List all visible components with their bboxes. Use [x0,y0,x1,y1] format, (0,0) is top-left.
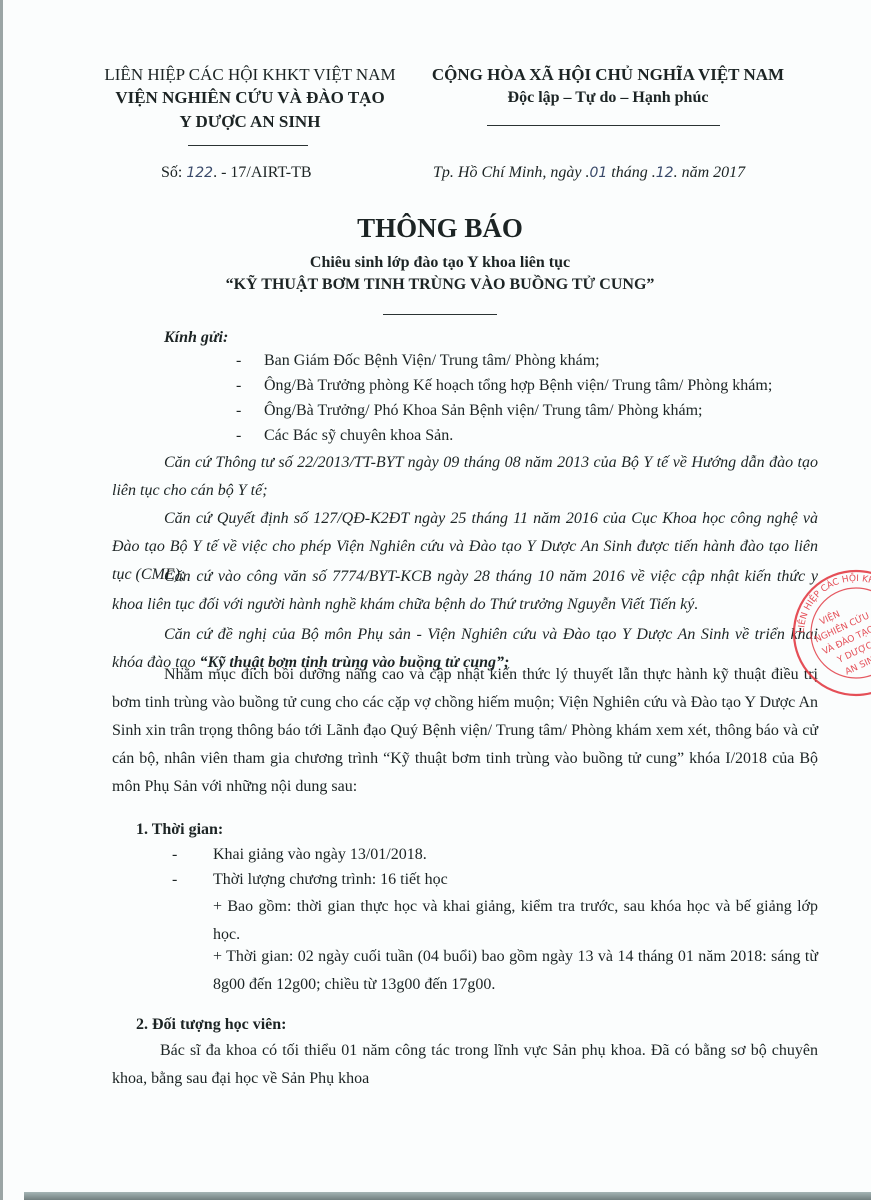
date-month-label: tháng . [607,164,655,181]
scan-edge-left [0,0,3,1200]
section-heading-participants: 2. Đối tượng học viên: [136,1016,286,1034]
recipient-item: -Ban Giám Đốc Bệnh Viện/ Trung tâm/ Phòn… [236,352,600,370]
scan-edge-bottom [24,1192,871,1200]
date-year: . năm 2017 [674,164,746,181]
date-month: 12 [656,165,674,181]
issuer-header: LIÊN HIỆP CÁC HỘI KHKT VIỆT NAM VIỆN NGH… [90,63,410,134]
title-underline [383,314,497,315]
motto: Độc lập – Tự do – Hạnh phúc [418,86,798,110]
bullet-text: Khai giảng vào ngày 13/01/2018. [213,846,427,863]
document-subtitle: Chiêu sinh lớp đào tạo Y khoa liên tục [140,254,740,272]
course-name: “KỸ THUẬT BƠM TINH TRÙNG VÀO BUỒNG TỬ CU… [140,276,740,294]
document-number-handwritten: 122 [186,165,213,181]
document-number-label: Số: [161,164,182,181]
official-stamp-icon: LIÊN HIỆP CÁC HỘI KHOA HỌC VÀ VIỆN NGHIÊ… [786,563,871,703]
document-number: Số: 122. - 17/AIRT-TB [161,164,312,182]
time-bullet: -Khai giảng vào ngày 13/01/2018. [172,846,427,864]
issuer-underline [188,145,308,146]
purpose-text: Nhằm mục đích bồi dưỡng nâng cao và cập … [112,666,818,795]
recipient-item: -Các Bác sỹ chuyên khoa Sản. [236,427,453,445]
legal-basis-paragraph: Căn cứ Thông tư số 22/2013/TT-BYT ngày 0… [112,449,818,505]
date-day: 01 [589,165,607,181]
recipient-text: Ban Giám Đốc Bệnh Viện/ Trung tâm/ Phòng… [264,352,600,369]
recipient-item: -Ông/Bà Trưởng/ Phó Khoa Sản Bệnh viện/ … [236,402,703,420]
legal-basis-text: Căn cứ vào công văn số 7774/BYT-KCB ngày… [112,568,818,613]
section-heading-time: 1. Thời gian: [136,821,223,839]
recipient-text: Ông/Bà Trưởng phòng Kế hoạch tổng hợp Bệ… [264,377,772,394]
legal-basis-text: Căn cứ Thông tư số 22/2013/TT-BYT ngày 0… [112,454,818,499]
time-detail: + Thời gian: 02 ngày cuối tuần (04 buổi)… [213,943,818,999]
recipient-item: -Ông/Bà Trưởng phòng Kế hoạch tổng hợp B… [236,377,772,395]
recipient-text: Ông/Bà Trưởng/ Phó Khoa Sản Bệnh viện/ T… [264,402,703,419]
date-prefix: Tp. Hồ Chí Minh, ngày . [433,164,589,181]
purpose-paragraph: Nhằm mục đích bồi dưỡng nâng cao và cập … [112,661,818,801]
time-detail: + Bao gồm: thời gian thực học và khai gi… [213,893,818,949]
issuer-parent-org: LIÊN HIỆP CÁC HỘI KHKT VIỆT NAM [90,63,410,86]
document-title: THÔNG BÁO [140,213,740,244]
salutation: Kính gửi: [164,329,228,347]
bullet-text: Thời lượng chương trình: 16 tiết học [213,871,448,888]
participants-paragraph: Bác sĩ đa khoa có tối thiểu 01 năm công … [112,1037,818,1093]
motto-underline [487,125,720,126]
participants-text: Bác sĩ đa khoa có tối thiểu 01 năm công … [112,1042,818,1087]
document-number-suffix: . - 17/AIRT-TB [213,164,311,181]
issuer-org-name: VIỆN NGHIÊN CỨU VÀ ĐÀO TẠO [90,86,410,110]
legal-basis-paragraph: Căn cứ vào công văn số 7774/BYT-KCB ngày… [112,563,818,619]
issuer-org-name-2: Y DƯỢC AN SINH [90,110,410,134]
recipient-text: Các Bác sỹ chuyên khoa Sản. [264,427,453,444]
document-date: Tp. Hồ Chí Minh, ngày .01 tháng .12. năm… [433,164,745,182]
national-motto-header: CỘNG HÒA XÃ HỘI CHỦ NGHĨA VIỆT NAM Độc l… [418,63,798,110]
time-bullet: -Thời lượng chương trình: 16 tiết học [172,871,448,889]
country-name: CỘNG HÒA XÃ HỘI CHỦ NGHĨA VIỆT NAM [418,63,798,86]
